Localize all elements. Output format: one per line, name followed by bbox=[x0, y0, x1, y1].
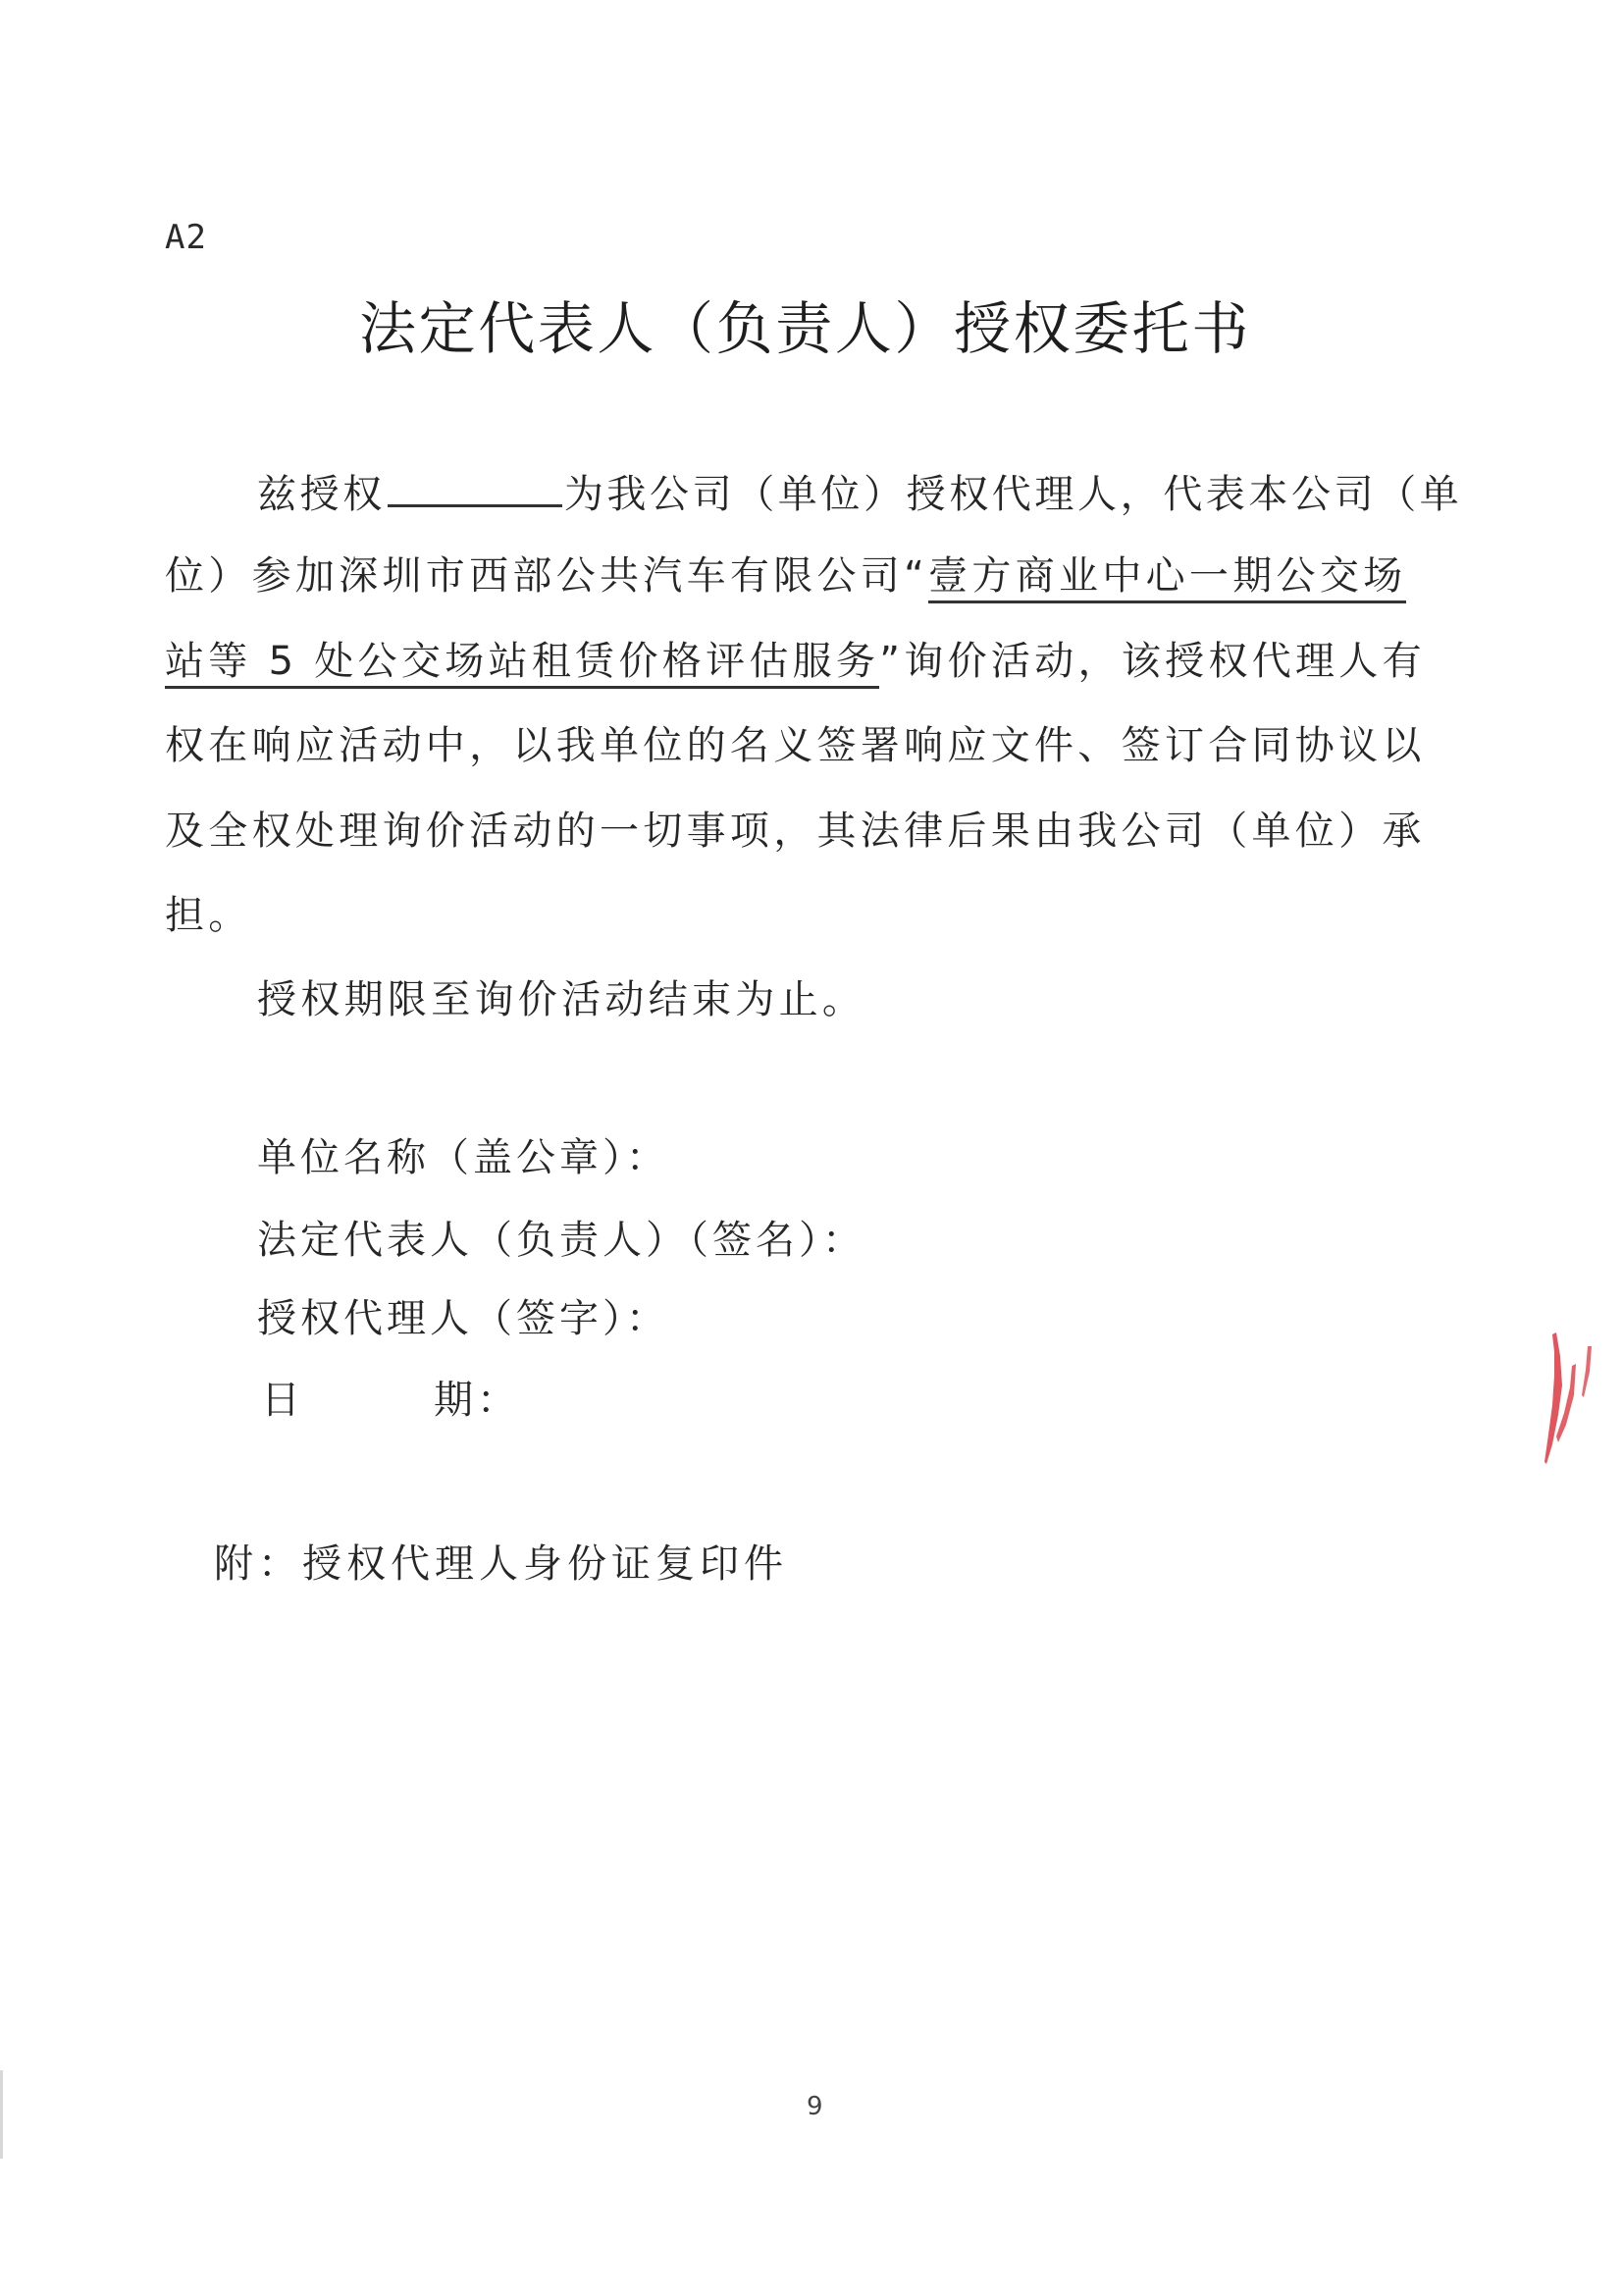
red-seal-fragment-icon bbox=[1543, 1327, 1605, 1472]
date-label-right: 期： bbox=[434, 1378, 520, 1423]
date-label: 日期： bbox=[261, 1377, 520, 1424]
project-name-part2: 站等 5 处公交场站租赁价格评估服务 bbox=[165, 639, 879, 689]
document-title: 法定代表人（负责人）授权委托书 bbox=[359, 283, 1251, 365]
paragraph1-line4: 权在响应活动中，以我单位的名义签署响应文件、签订合同协议以 bbox=[165, 722, 1426, 769]
paragraph1-line3: 站等 5 处公交场站租赁价格评估服务”询价活动，该授权代理人有 bbox=[165, 638, 1426, 685]
authorization-period: 授权期限至询价活动结束为止。 bbox=[257, 976, 865, 1023]
authorize-prefix: 兹授权 bbox=[257, 472, 386, 517]
legal-representative-label: 法定代表人（负责人）（签名）： bbox=[257, 1217, 865, 1264]
project-name-part1: 壹方商业中心一期公交场 bbox=[928, 553, 1406, 603]
page-number: 9 bbox=[807, 2092, 823, 2121]
paragraph1-line5: 及全权处理询价活动的一切事项，其法律后果由我公司（单位）承 bbox=[165, 808, 1426, 855]
line3-suffix: ”询价活动，该授权代理人有 bbox=[879, 639, 1426, 684]
date-label-left: 日 bbox=[261, 1378, 304, 1423]
scan-edge-mark bbox=[0, 2070, 3, 2159]
line1-suffix: 为我公司（单位）授权代理人，代表本公司（单 bbox=[564, 472, 1463, 517]
document-id: A2 bbox=[165, 218, 207, 257]
paragraph1-line1: 兹授权为我公司（单位）授权代理人，代表本公司（单 bbox=[257, 467, 1462, 514]
attachment-note: 附：授权代理人身份证复印件 bbox=[214, 1540, 788, 1588]
paragraph1-line6: 担。 bbox=[165, 892, 252, 939]
line2-prefix: 位）参加深圳市西部公共汽车有限公司“ bbox=[165, 553, 928, 599]
agent-name-blank[interactable] bbox=[388, 467, 562, 507]
company-name-label: 单位名称（盖公章）： bbox=[257, 1134, 669, 1181]
authorized-agent-label: 授权代理人（签字）： bbox=[257, 1295, 669, 1342]
paragraph1-line2: 位）参加深圳市西部公共汽车有限公司“壹方商业中心一期公交场 bbox=[165, 552, 1406, 600]
